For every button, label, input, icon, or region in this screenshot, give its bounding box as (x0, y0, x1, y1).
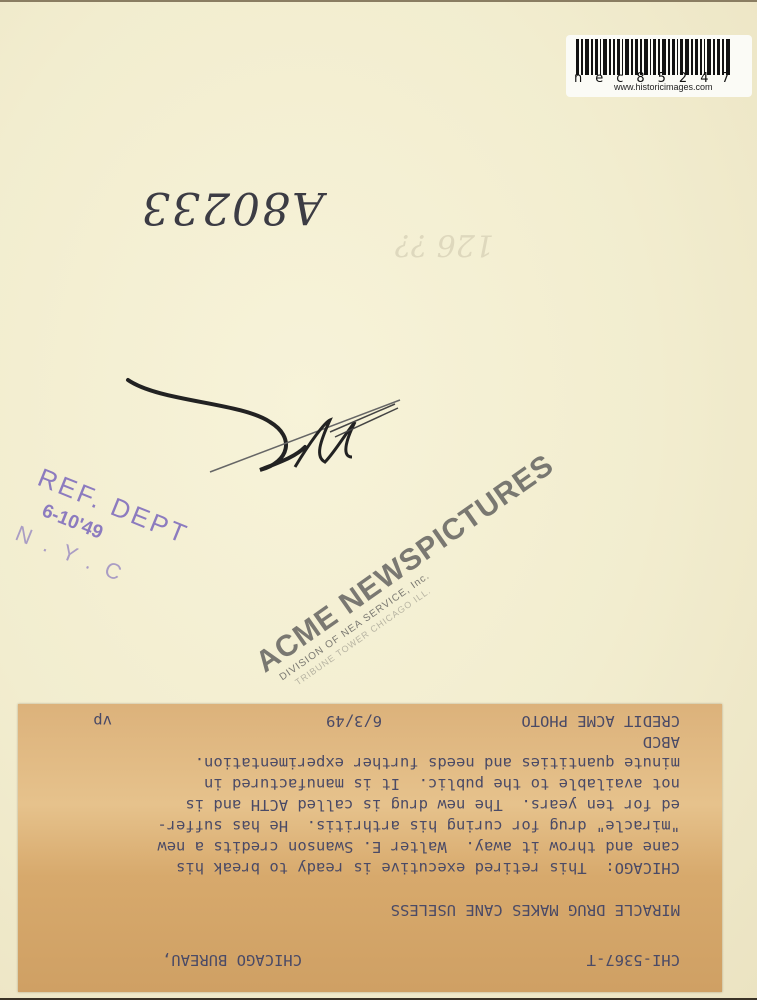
caption-body-line: minute quantities and needs further expe… (195, 752, 680, 773)
caption-credit: CREDIT ACME PHOTO (521, 710, 680, 731)
caption-date: 6/3/49 (326, 710, 382, 731)
caption-body-line: CHICAGO: This retired executive is ready… (176, 857, 680, 878)
barcode-url: www.historicimages.com (614, 82, 713, 92)
signature-icon (120, 362, 420, 482)
photo-back: nec85247 www.historicimages.com A80233 1… (0, 0, 757, 998)
acme-newspictures-stamp: ACME NEWSPICTURES DIVISION OF NEA SERVIC… (250, 448, 574, 699)
caption-body-line: ed for ten years. The new drug is called… (185, 794, 680, 815)
barcode-icon (576, 39, 744, 75)
caption-slip: CHI-5367-T CHICAGO BUREAU, MIRACLE DRUG … (18, 704, 722, 992)
caption-initials: vp (93, 710, 112, 731)
caption-headline: MIRACLE DRUG MAKES CANE USELESS (391, 899, 680, 920)
acme-title: ACME NEWSPICTURES (250, 448, 561, 680)
caption-bureau: CHICAGO BUREAU, (162, 949, 302, 970)
caption-body-line: cane and throw it away. Walter E. Swanso… (157, 836, 680, 857)
barcode-sticker: nec85247 www.historicimages.com (566, 35, 752, 97)
handwritten-archive-number: A80233 (140, 182, 324, 233)
acme-fine-print: TRIBUNE TOWER CHICAGO ILL. (293, 487, 573, 688)
caption-slug: CHI-5367-T (587, 949, 680, 970)
ref-dept-stamp: REF. DEPT 6-10'49 N.Y.C (12, 462, 194, 604)
faint-pencil-mark: 126 ?? (395, 227, 494, 262)
caption-body-line: not available to the public. It is manuf… (204, 773, 680, 794)
acme-subtitle: DIVISION OF NEA SERVICE, Inc. (278, 476, 567, 683)
caption-distribution: ABCD (643, 731, 680, 752)
caption-body-line: "miracle" drug for curing his arthritis.… (157, 815, 680, 836)
